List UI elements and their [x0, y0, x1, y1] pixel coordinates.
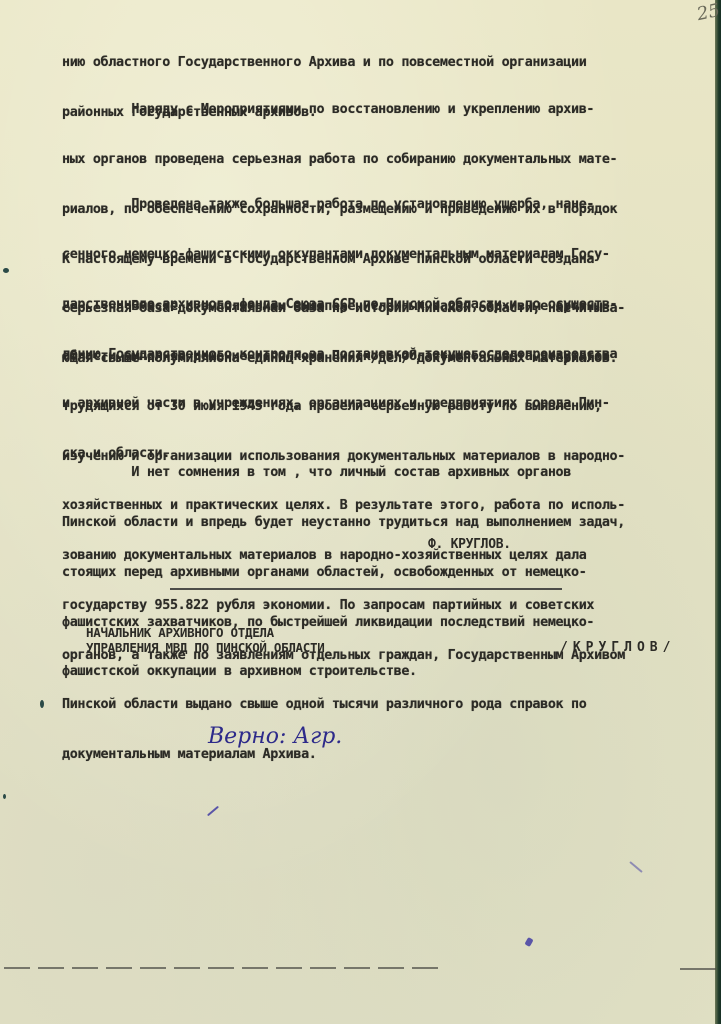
text-line: фашистской оккупации в архивном строител…: [62, 664, 625, 681]
text-line: Наряду с Мероприятиями по восстановлению…: [62, 102, 625, 119]
signatory-title: НАЧАЛЬНИК АРХИВНОГО ОТДЕЛА УПРАВЛЕНИЯ МВ…: [86, 625, 324, 655]
text-line: Вместе с выполнением вышеперечисленных з…: [62, 299, 625, 316]
text-line: Пинской области и впредь будет неустанно…: [62, 515, 625, 532]
signatory-name: /КРУГЛОВ/: [560, 640, 675, 655]
paragraph-5: И нет сомнения в том , что личный состав…: [62, 432, 625, 698]
text-line: сенного немецко-фашистскими оккупантами …: [62, 247, 617, 264]
stain-speck: [40, 700, 44, 708]
text-line: области выполняя решение исполкома Пинск…: [62, 349, 625, 366]
stain-speck: [3, 268, 9, 273]
page-number: 25: [695, 0, 721, 25]
text-line: Проведена также большая работа по устано…: [62, 197, 617, 214]
signatory-title-line-2: УПРАВЛЕНИЯ МВД ПО ПИНСКОЙ ОБЛАСТИ: [86, 640, 324, 655]
typed-signature: Ф. КРУГЛОВ.: [428, 537, 511, 552]
text-line: документальным материалам Архива.: [62, 747, 625, 764]
faint-rule: [4, 967, 444, 969]
separator-line: [170, 588, 562, 590]
text-line: стоящих перед архивными органами областе…: [62, 565, 625, 582]
signatory-title-line-1: НАЧАЛЬНИК АРХИВНОГО ОТДЕЛА: [86, 625, 324, 640]
page-edge: [715, 0, 721, 1024]
faint-rule: [680, 968, 716, 970]
text-line: трудящихся от 30 июня 1945 года провели …: [62, 399, 625, 416]
text-line: И нет сомнения в том , что личный состав…: [62, 465, 625, 482]
text-line: Пинской области выдано свыше одной тысяч…: [62, 697, 625, 714]
stain-speck: [3, 794, 6, 799]
handwritten-note: Верно: Агр.: [208, 724, 342, 749]
